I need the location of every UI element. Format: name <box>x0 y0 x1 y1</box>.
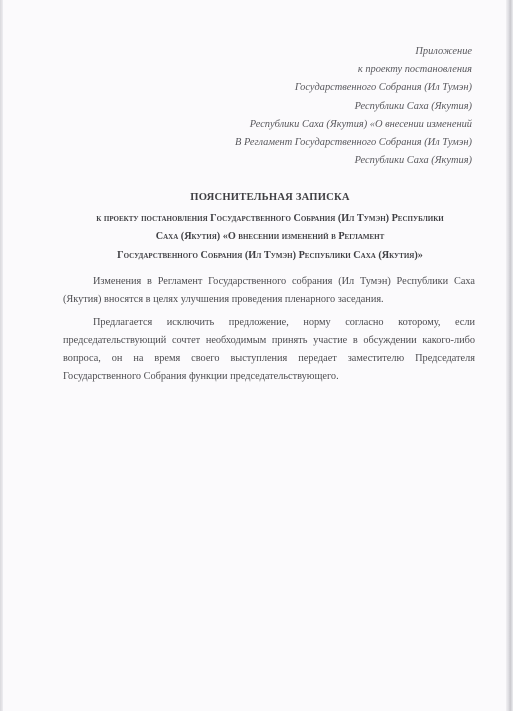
appendix-line: Республики Саха (Якутия) <box>235 152 472 170</box>
appendix-note: Приложение к проекту постановления Госуд… <box>235 43 472 170</box>
subtitle-line: Саха (Якутия) «О внесении изменений в Ре… <box>60 228 480 246</box>
appendix-line: Республики Саха (Якутия) <box>235 98 472 116</box>
appendix-line: к проекту постановления <box>235 61 472 79</box>
document-title: ПОЯСНИТЕЛЬНАЯ ЗАПИСКА <box>60 191 480 205</box>
subtitle-line: Государственного Собрания (Ил Тумэн) Рес… <box>60 247 480 265</box>
document-body: Изменения в Регламент Государственного с… <box>63 273 475 391</box>
scan-edge-right <box>506 0 513 711</box>
body-paragraph: Предлагается исключить предложение, норм… <box>63 314 475 387</box>
scan-edge-left <box>0 0 3 711</box>
body-paragraph: Изменения в Регламент Государственного с… <box>63 273 475 310</box>
document-heading: ПОЯСНИТЕЛЬНАЯ ЗАПИСКА к проекту постанов… <box>60 191 480 265</box>
document-subtitle: к проекту постановления Государственного… <box>60 210 480 265</box>
appendix-line: Государственного Собрания (Ил Тумэн) <box>235 79 472 97</box>
subtitle-line: к проекту постановления Государственного… <box>60 210 480 228</box>
appendix-line: Приложение <box>235 43 472 61</box>
appendix-line: Республики Саха (Якутия) «О внесении изм… <box>235 116 472 134</box>
appendix-line: В Регламент Государственного Собрания (И… <box>235 134 472 152</box>
document-page: Приложение к проекту постановления Госуд… <box>0 0 513 711</box>
